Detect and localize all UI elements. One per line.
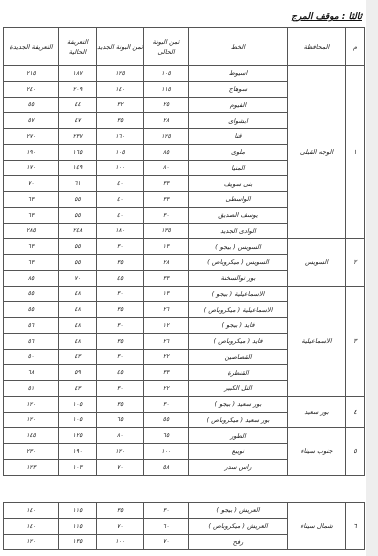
- line-cell: العريش ( ميكروباص ): [189, 518, 288, 534]
- current-coupon-cell: ١٠٥: [144, 66, 189, 82]
- line-cell: الفيوم: [189, 97, 288, 113]
- current-fare-cell: ٥٥: [59, 239, 97, 255]
- governorate-cell: جنوب سيناء: [288, 428, 346, 475]
- new-coupon-cell: ٧٠: [97, 518, 144, 534]
- new-coupon-cell: ٣٥: [97, 302, 144, 318]
- line-cell: السويس ( بيجو ): [189, 239, 288, 255]
- current-fare-cell: ٢٣٧: [59, 129, 97, 145]
- new-fare-cell: ٦٨: [4, 365, 59, 381]
- line-cell: الواسطى: [189, 192, 288, 208]
- current-coupon-cell: ٣٣: [144, 365, 189, 381]
- new-coupon-cell: ٣٢: [97, 97, 144, 113]
- current-coupon-cell: ٦٠: [144, 518, 189, 534]
- col-header-new-fare: التعريفة الجديدة: [4, 28, 59, 66]
- new-fare-cell: ٢٨٥: [4, 223, 59, 239]
- table-row: ٤بور سعيدبور سعيد ( بيجو )٣٠٣٥١٠٥١٢٠: [4, 396, 365, 412]
- table-body: ٦شمال سيناءالعريش ( بيجو )٣٠٣٥١١٥١٤٠العر…: [4, 503, 365, 550]
- col-header-line: الخط: [189, 28, 288, 66]
- current-coupon-cell: ٣٣: [144, 192, 189, 208]
- fare-table-continued: ٦شمال سيناءالعريش ( بيجو )٣٠٣٥١١٥١٤٠العر…: [3, 502, 365, 550]
- line-cell: رفح: [189, 534, 288, 550]
- new-fare-cell: ٦٣: [4, 239, 59, 255]
- page-margin-strip: [366, 0, 378, 556]
- new-fare-cell: ١٧٠: [4, 160, 59, 176]
- line-cell: المنيا: [189, 160, 288, 176]
- current-fare-cell: ٤٨: [59, 318, 97, 334]
- line-cell: قنا: [189, 129, 288, 145]
- group-index: ٢: [346, 239, 365, 286]
- new-fare-cell: ٧٠: [4, 176, 59, 192]
- current-coupon-cell: ٣٣: [144, 270, 189, 286]
- line-cell: العريش ( بيجو ): [189, 503, 288, 519]
- new-fare-cell: ٥٦: [4, 333, 59, 349]
- line-cell: سوهاج: [189, 81, 288, 97]
- table-row: ٣الاسماعيليةالاسماعيلية ( بيجو )١٣٣٠٤٨٥٥: [4, 286, 365, 302]
- new-fare-cell: ٦٣: [4, 255, 59, 271]
- current-coupon-cell: ٢٨: [144, 113, 189, 129]
- line-cell: راس سدر: [189, 459, 288, 475]
- new-coupon-cell: ٣٠: [97, 286, 144, 302]
- new-fare-cell: ١٢٠: [4, 412, 59, 428]
- current-fare-cell: ٤٨: [59, 333, 97, 349]
- table-body: ١الوجه القبلىاسيوط١٠٥١٢٥١٨٧٢١٥سوهاج١١٥١٤…: [4, 66, 365, 476]
- current-fare-cell: ١٦٥: [59, 144, 97, 160]
- group-index: ٥: [346, 428, 365, 475]
- current-coupon-cell: ١٢: [144, 318, 189, 334]
- new-coupon-cell: ١٢٠: [97, 444, 144, 460]
- current-fare-cell: ١١٥: [59, 518, 97, 534]
- new-fare-cell: ١٢٣: [4, 459, 59, 475]
- current-coupon-cell: ١٣: [144, 239, 189, 255]
- current-fare-cell: ١٢٥: [59, 428, 97, 444]
- current-fare-cell: ٤٨: [59, 286, 97, 302]
- col-header-governorate: المحافظة: [288, 28, 346, 66]
- table-row: ١الوجه القبلىاسيوط١٠٥١٢٥١٨٧٢١٥: [4, 66, 365, 82]
- new-coupon-cell: ٣٥: [97, 396, 144, 412]
- group-index: ١: [346, 66, 365, 239]
- col-header-index: م: [346, 28, 365, 66]
- governorate-cell: بور سعيد: [288, 396, 346, 428]
- new-coupon-cell: ٤٠: [97, 192, 144, 208]
- governorate-cell: شمال سيناء: [288, 503, 346, 550]
- new-fare-cell: ١٩٠: [4, 144, 59, 160]
- group-index: ٣: [346, 286, 365, 396]
- line-cell: اسيوط: [189, 66, 288, 82]
- line-cell: يوسف الصديق: [189, 207, 288, 223]
- current-fare-cell: ١٨٧: [59, 66, 97, 82]
- current-fare-cell: ٥٥: [59, 255, 97, 271]
- line-cell: الاسماعيلية ( ميكروباص ): [189, 302, 288, 318]
- table-row: ٥جنوب سيناءالطور٦٥٨٠١٢٥١٤٥: [4, 428, 365, 444]
- new-fare-cell: ٥٠: [4, 349, 59, 365]
- line-cell: القنطرة: [189, 365, 288, 381]
- new-coupon-cell: ٦٥: [97, 412, 144, 428]
- new-coupon-cell: ٤٠: [97, 207, 144, 223]
- line-cell: ابشواى: [189, 113, 288, 129]
- current-fare-cell: ١١٥: [59, 503, 97, 519]
- col-header-current-fare: التعريفة الحالية: [59, 28, 97, 66]
- new-coupon-cell: ٨٠: [97, 428, 144, 444]
- current-fare-cell: ٢٠٩: [59, 81, 97, 97]
- new-fare-cell: ٦٣: [4, 192, 59, 208]
- line-cell: نويبع: [189, 444, 288, 460]
- new-coupon-cell: ٣٠: [97, 381, 144, 397]
- line-cell: بنى سويف: [189, 176, 288, 192]
- current-coupon-cell: ٣٠: [144, 207, 189, 223]
- line-cell: الطور: [189, 428, 288, 444]
- current-coupon-cell: ٢٢: [144, 381, 189, 397]
- current-fare-cell: ٥٩: [59, 365, 97, 381]
- new-fare-cell: ٢٣٠: [4, 444, 59, 460]
- current-fare-cell: ٥٥: [59, 207, 97, 223]
- new-coupon-cell: ١٤٠: [97, 81, 144, 97]
- current-fare-cell: ١٩٠: [59, 444, 97, 460]
- new-fare-cell: ٥١: [4, 381, 59, 397]
- new-coupon-cell: ٤٥: [97, 365, 144, 381]
- line-cell: الوادى الجديد: [189, 223, 288, 239]
- current-coupon-cell: ٣٠: [144, 503, 189, 519]
- new-fare-cell: ٨٥: [4, 270, 59, 286]
- current-fare-cell: ٧٠: [59, 270, 97, 286]
- current-fare-cell: ٤٣: [59, 381, 97, 397]
- table-row: ٢السويسالسويس ( بيجو )١٣٣٠٥٥٦٣: [4, 239, 365, 255]
- line-cell: بور توالسخنة: [189, 270, 288, 286]
- new-coupon-cell: ٣٥: [97, 333, 144, 349]
- current-coupon-cell: ١١٥: [144, 81, 189, 97]
- table-header-row: م المحافظة الخط ثمن البونة الحالى ثمن ال…: [4, 28, 365, 66]
- governorate-cell: الاسماعيلية: [288, 286, 346, 396]
- new-coupon-cell: ٣٠: [97, 239, 144, 255]
- current-coupon-cell: ٢٢: [144, 349, 189, 365]
- new-fare-cell: ١٢٠: [4, 534, 59, 550]
- new-fare-cell: ١٤٠: [4, 518, 59, 534]
- current-fare-cell: ٢٤٨: [59, 223, 97, 239]
- fare-table: م المحافظة الخط ثمن البونة الحالى ثمن ال…: [3, 27, 365, 476]
- current-fare-cell: ٤٤: [59, 97, 97, 113]
- new-fare-cell: ٥٥: [4, 97, 59, 113]
- current-fare-cell: ٥٥: [59, 192, 97, 208]
- current-fare-cell: ١٤٩: [59, 160, 97, 176]
- new-coupon-cell: ٣٥: [97, 255, 144, 271]
- governorate-cell: السويس: [288, 239, 346, 286]
- new-coupon-cell: ٤٥: [97, 270, 144, 286]
- current-fare-cell: ٦١: [59, 176, 97, 192]
- current-coupon-cell: ٨٥: [144, 144, 189, 160]
- current-coupon-cell: ٨٠: [144, 160, 189, 176]
- col-header-current-coupon: ثمن البونة الحالى: [144, 28, 189, 66]
- current-coupon-cell: ٦٥: [144, 428, 189, 444]
- line-cell: القصاصين: [189, 349, 288, 365]
- current-coupon-cell: ١٣: [144, 286, 189, 302]
- line-cell: السويس ( ميكروباص ): [189, 255, 288, 271]
- line-cell: ملوى: [189, 144, 288, 160]
- new-coupon-cell: ٣٥: [97, 503, 144, 519]
- new-coupon-cell: ١٠٥: [97, 144, 144, 160]
- line-cell: بور سعيد ( بيجو ): [189, 396, 288, 412]
- new-coupon-cell: ٧٠: [97, 459, 144, 475]
- new-fare-cell: ١٢٠: [4, 396, 59, 412]
- new-coupon-cell: ٤٠: [97, 176, 144, 192]
- new-fare-cell: ١٤٠: [4, 503, 59, 519]
- new-fare-cell: ٢٤٠: [4, 81, 59, 97]
- current-coupon-cell: ٥٨: [144, 459, 189, 475]
- new-fare-cell: ١٤٥: [4, 428, 59, 444]
- line-cell: فايد ( بيجو ): [189, 318, 288, 334]
- current-coupon-cell: ٧٠: [144, 534, 189, 550]
- current-coupon-cell: ٢٦: [144, 333, 189, 349]
- current-coupon-cell: ٢٨: [144, 255, 189, 271]
- line-cell: التل الكبير: [189, 381, 288, 397]
- group-index: ٤: [346, 396, 365, 428]
- section-title: ثالثا : موقف المرج: [291, 12, 362, 22]
- current-fare-cell: ١٣٥: [59, 534, 97, 550]
- new-fare-cell: ٥٥: [4, 302, 59, 318]
- current-coupon-cell: ٢٦: [144, 302, 189, 318]
- new-coupon-cell: ١٦٠: [97, 129, 144, 145]
- new-coupon-cell: ١٨٠: [97, 223, 144, 239]
- current-coupon-cell: ٣٠: [144, 396, 189, 412]
- line-cell: بور سعيد ( ميكروباص ): [189, 412, 288, 428]
- line-cell: فايد ( ميكروباص ): [189, 333, 288, 349]
- current-fare-cell: ١٠٥: [59, 396, 97, 412]
- current-coupon-cell: ١٢٥: [144, 129, 189, 145]
- governorate-cell: الوجه القبلى: [288, 66, 346, 239]
- current-fare-cell: ٤٣: [59, 349, 97, 365]
- new-coupon-cell: ١٠٠: [97, 534, 144, 550]
- current-coupon-cell: ١٠٠: [144, 444, 189, 460]
- new-fare-cell: ٢٧٠: [4, 129, 59, 145]
- new-coupon-cell: ١٠٠: [97, 160, 144, 176]
- col-header-new-coupon: ثمن البونة الجديد: [97, 28, 144, 66]
- new-fare-cell: ٥٥: [4, 286, 59, 302]
- current-fare-cell: ٤٨: [59, 302, 97, 318]
- new-coupon-cell: ٣٥: [97, 113, 144, 129]
- current-coupon-cell: ٥٥: [144, 412, 189, 428]
- current-fare-cell: ٤٧: [59, 113, 97, 129]
- current-fare-cell: ١٠٥: [59, 412, 97, 428]
- new-fare-cell: ٢١٥: [4, 66, 59, 82]
- current-fare-cell: ١٠٣: [59, 459, 97, 475]
- group-index: ٦: [346, 503, 365, 550]
- new-fare-cell: ٥٦: [4, 318, 59, 334]
- new-fare-cell: ٦٣: [4, 207, 59, 223]
- new-coupon-cell: ٣٠: [97, 318, 144, 334]
- current-coupon-cell: ٢٥: [144, 97, 189, 113]
- current-coupon-cell: ٣٣: [144, 176, 189, 192]
- new-fare-cell: ٥٧: [4, 113, 59, 129]
- current-coupon-cell: ١٣٥: [144, 223, 189, 239]
- new-coupon-cell: ١٢٥: [97, 66, 144, 82]
- line-cell: الاسماعيلية ( بيجو ): [189, 286, 288, 302]
- table-row: ٦شمال سيناءالعريش ( بيجو )٣٠٣٥١١٥١٤٠: [4, 503, 365, 519]
- new-coupon-cell: ٣٠: [97, 349, 144, 365]
